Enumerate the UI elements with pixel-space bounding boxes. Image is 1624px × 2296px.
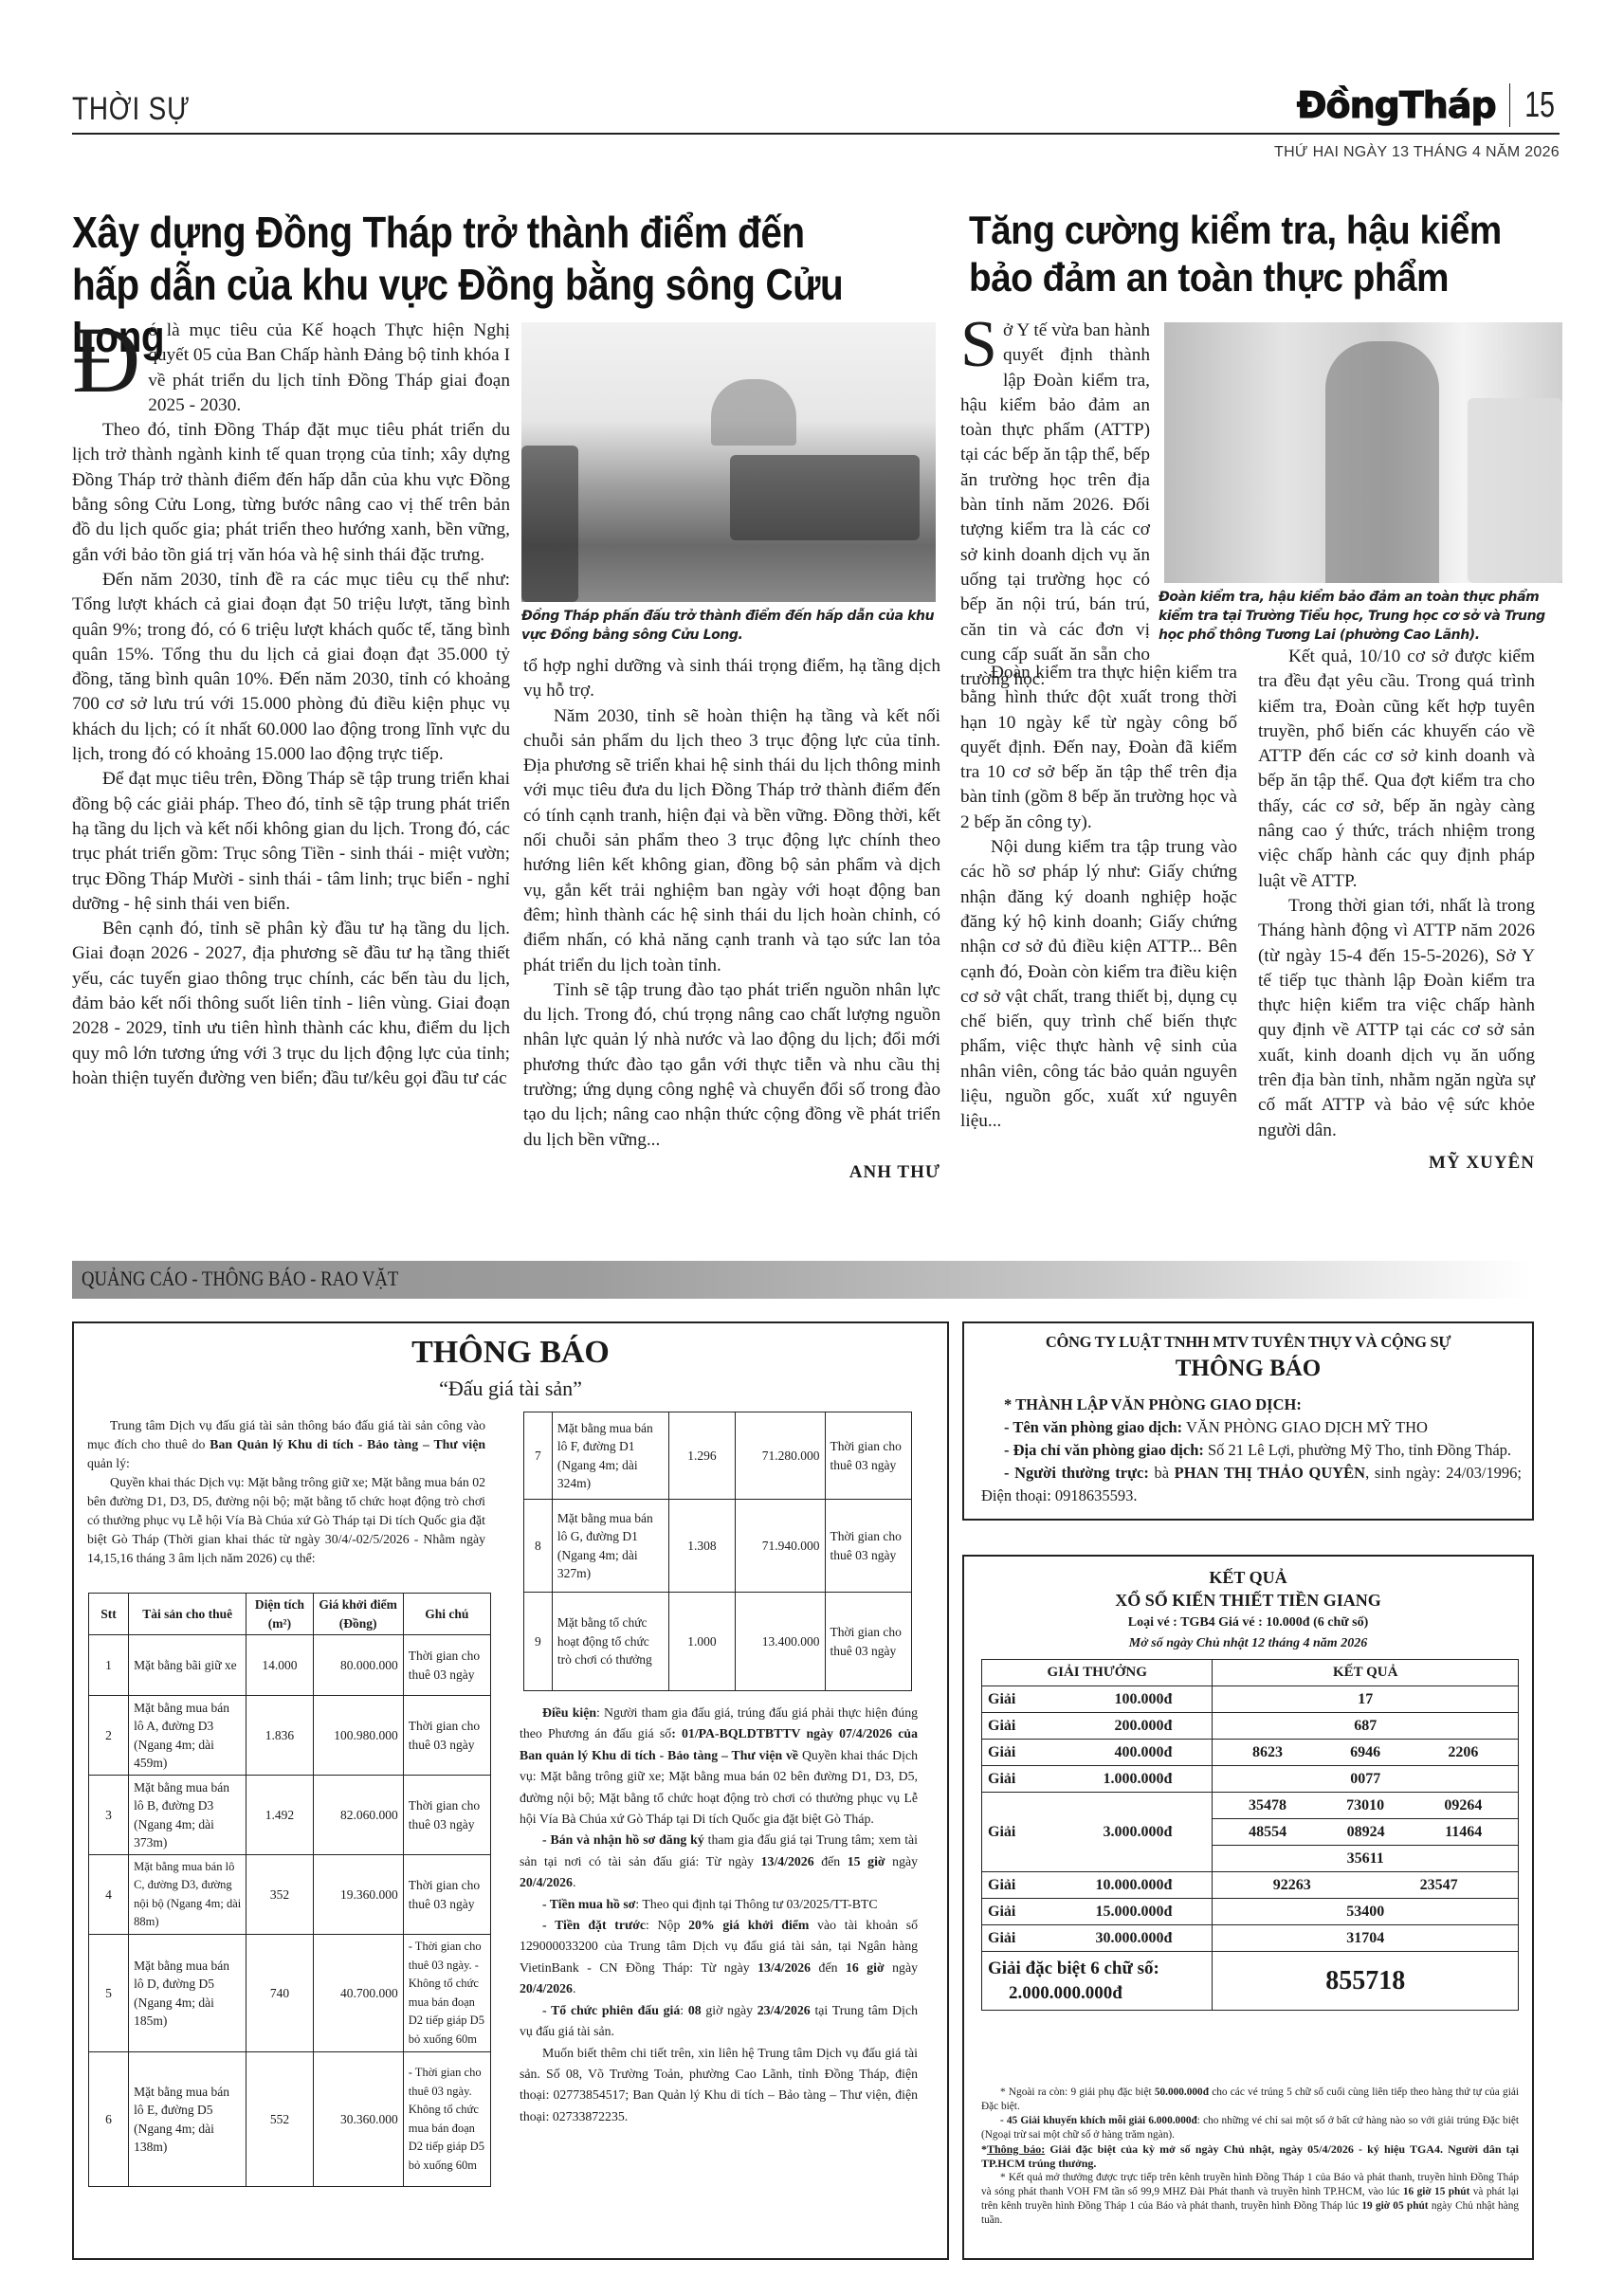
asset-table-header: Stt Tài sản cho thuê Diện tích (m²) Giá … <box>89 1594 491 1635</box>
issue-date: THỨ HAI NGÀY 13 THÁNG 4 NĂM 2026 <box>1274 144 1560 161</box>
article-right-column-1: Sở Y tế vừa ban hành quyết định thành lậ… <box>960 319 1150 692</box>
prize-row: Giải100.000đ 17 <box>982 1686 1519 1713</box>
auction-intro-paragraph: Quyền khai thác Dịch vụ: Mặt bằng trông … <box>87 1473 485 1568</box>
article-paragraph: Đó là mục tiêu của Kế hoạch Thực hiện Ng… <box>72 319 510 418</box>
lottery-note: * Ngoài ra còn: 9 giải phụ đặc biệt 50.0… <box>981 2086 1519 2114</box>
auction-conditions: Điều kiện: Người tham gia đấu giá, trúng… <box>520 1703 918 2127</box>
author-byline: ANH THƯ <box>523 1160 940 1185</box>
page-number: 15 <box>1524 85 1555 126</box>
article-paragraph: Đoàn kiểm tra thực hiện kiểm tra bằng hì… <box>960 661 1237 835</box>
prize-row: Giải10.000.000đ 9226323547 <box>982 1872 1519 1899</box>
table-row: 9Mặt bằng tổ chức hoạt động tổ chức trò … <box>524 1593 912 1691</box>
lottery-announcement: *Thông báo: Giải đặc biệt của kỳ mở số n… <box>981 2142 1519 2171</box>
office-address: - Địa chỉ văn phòng giao dịch: Số 21 Lê … <box>981 1439 1522 1462</box>
article-paragraph: Đến năm 2030, tỉnh đề ra các mục tiêu cụ… <box>72 568 510 767</box>
section-label: THỜI SỰ <box>72 91 191 128</box>
lottery-note: * Kết quả mở thưởng được trực tiếp trên … <box>981 2171 1519 2228</box>
article-right-headline: Tăng cường kiểm tra, hậu kiểm bảo đảm an… <box>969 207 1544 302</box>
lottery-notes: * Ngoài ra còn: 9 giải phụ đặc biệt 50.0… <box>981 2086 1519 2228</box>
law-heading: * THÀNH LẬP VĂN PHÒNG GIAO DỊCH: <box>981 1394 1522 1416</box>
article-left-column-1: Đó là mục tiêu của Kế hoạch Thực hiện Ng… <box>72 319 510 1091</box>
photo-caption-right: Đoàn kiểm tra, hậu kiểm bảo đảm an toàn … <box>1159 588 1566 645</box>
publication-logo: ĐồngTháp <box>1297 84 1496 126</box>
conditions-paragraph: Điều kiện: Người tham gia đấu giá, trúng… <box>520 1703 918 1830</box>
lottery-note: - 45 Giải khuyến khích mỗi giải 6.000.00… <box>981 2114 1519 2142</box>
asset-table-part-2: 7Mặt bằng mua bán lô F, đường D1 (Ngang … <box>523 1412 912 1691</box>
masthead: ĐồngTháp 15 <box>1297 83 1560 127</box>
article-paragraph: Năm 2030, tỉnh sẽ hoàn thiện hạ tầng và … <box>523 704 940 978</box>
photo-staff <box>1468 398 1562 583</box>
tourism-photo <box>521 322 936 602</box>
masthead-divider <box>1509 83 1510 127</box>
asset-table-part-1: Stt Tài sản cho thuê Diện tích (m²) Giá … <box>88 1593 491 2187</box>
author-byline: MỸ XUYÊN <box>1258 1151 1535 1175</box>
lottery-results: KẾT QUẢ XỔ SỐ KIẾN THIẾT TIỀN GIANG Loại… <box>962 1555 1534 2260</box>
newspaper-page: THỜI SỰ ĐồngTháp 15 THỨ HAI NGÀY 13 THÁN… <box>0 0 1624 2296</box>
dropcap: Đ <box>72 322 140 398</box>
photo-crowd <box>730 455 920 540</box>
table-row: 4Mặt bằng mua bán lô C, đường D3, đường … <box>89 1855 491 1935</box>
office-person: - Người thường trực: bà PHAN THỊ THẢO QU… <box>981 1462 1522 1507</box>
dropcap: S <box>960 320 997 370</box>
contact-paragraph: Muốn biết thêm chi tiết trên, xin liên h… <box>520 2043 918 2128</box>
prize-row: Giải15.000.000đ 53400 <box>982 1899 1519 1925</box>
lottery-title: KẾT QUẢ <box>964 1568 1532 1588</box>
article-right-column-3: Kết quả, 10/10 cơ sở được kiểm tra đều đ… <box>1258 645 1535 1175</box>
lottery-header: GIẢI THƯỞNG KẾT QUẢ <box>982 1660 1519 1686</box>
table-row: 6Mặt bằng mua bán lô E, đường D5 (Ngang … <box>89 2052 491 2187</box>
auction-notice: THÔNG BÁO “Đấu giá tài sản” Trung tâm Dị… <box>72 1321 949 2260</box>
table-row: 2Mặt bằng mua bán lô A, đường D3 (Ngang … <box>89 1696 491 1776</box>
article-paragraph: Tỉnh sẽ tập trung đào tạo phát triển ngu… <box>523 978 940 1153</box>
photo-boat <box>521 446 578 602</box>
photo-building <box>711 379 796 446</box>
prize-row: Giải1.000.000đ 0077 <box>982 1766 1519 1793</box>
article-paragraph: Theo đó, tỉnh Đồng Tháp đặt mục tiêu phá… <box>72 418 510 568</box>
fee-paragraph: - Tiền mua hồ sơ: Theo qui định tại Thôn… <box>520 1894 918 1915</box>
classifieds-section-bar: QUẢNG CÁO - THÔNG BÁO - RAO VẶT <box>72 1261 1532 1299</box>
header-rule <box>72 133 1560 135</box>
lottery-ticket-info: Loại vé : TGB4 Giá vé : 10.000đ (6 chữ s… <box>964 1615 1532 1631</box>
article-paragraph: Nội dung kiểm tra tập trung vào các hồ s… <box>960 835 1237 1135</box>
article-paragraph: Sở Y tế vừa ban hành quyết định thành lậ… <box>960 319 1150 692</box>
law-notice-title: THÔNG BÁO <box>964 1356 1532 1382</box>
prize-row: Giải3.000.000đ 354787301009264 <box>982 1793 1519 1819</box>
prize-row: Giải200.000đ 687 <box>982 1713 1519 1740</box>
lottery-draw-date: Mở số ngày Chủ nhật 12 tháng 4 năm 2026 <box>964 1636 1532 1651</box>
lottery-subtitle: XỔ SỐ KIẾN THIẾT TIỀN GIANG <box>964 1591 1532 1611</box>
prize-row: Giải30.000.000đ 31704 <box>982 1925 1519 1952</box>
table-row: 5Mặt bằng mua bán lô D, đường D5 (Ngang … <box>89 1935 491 2052</box>
special-prize-row: Giải đặc biệt 6 chữ số:2.000.000.000đ 85… <box>982 1952 1519 2011</box>
article-left-column-2: tổ hợp nghỉ dưỡng và sinh thái trọng điể… <box>523 654 940 1185</box>
article-right-column-2: Đoàn kiểm tra thực hiện kiểm tra bằng hì… <box>960 661 1237 1135</box>
table-row: 1Mặt bằng bãi giữ xe14.00080.000.000Thời… <box>89 1635 491 1696</box>
deposit-paragraph: - Tiền đặt trước: Nộp 20% giá khởi điểm … <box>520 1915 918 2000</box>
law-notice-body: * THÀNH LẬP VĂN PHÒNG GIAO DỊCH: - Tên v… <box>981 1394 1522 1507</box>
auction-title: THÔNG BÁO <box>74 1335 947 1371</box>
auction-subtitle: “Đấu giá tài sản” <box>74 1376 947 1401</box>
photo-inspector <box>1325 341 1439 583</box>
lottery-table: GIẢI THƯỞNG KẾT QUẢ Giải100.000đ 17 Giải… <box>981 1659 1519 2011</box>
law-firm-notice: CÔNG TY LUẬT TNHH MTV TUYÊN THỤY VÀ CỘNG… <box>962 1321 1534 1521</box>
table-row: 8Mặt bằng mua bán lô G, đường D1 (Ngang … <box>524 1500 912 1593</box>
article-paragraph: Để đạt mục tiêu trên, Đồng Tháp sẽ tập t… <box>72 767 510 917</box>
article-paragraph: tổ hợp nghỉ dưỡng và sinh thái trọng điể… <box>523 654 940 704</box>
food-safety-photo <box>1164 322 1562 583</box>
article-paragraph: Trong thời gian tới, nhất là trong Tháng… <box>1258 894 1535 1143</box>
session-paragraph: - Tổ chức phiên đấu giá: 08 giờ ngày 23/… <box>520 2000 918 2043</box>
table-row: 7Mặt bằng mua bán lô F, đường D1 (Ngang … <box>524 1412 912 1500</box>
registration-paragraph: - Bán và nhận hồ sơ đăng ký tham gia đấu… <box>520 1830 918 1893</box>
special-prize-number: 855718 <box>1213 1952 1519 2011</box>
prize-row: Giải400.000đ 862369462206 <box>982 1740 1519 1766</box>
auction-intro-paragraph: Trung tâm Dịch vụ đấu giá tài sản thông … <box>87 1416 485 1473</box>
photo-caption-left: Đồng Tháp phấn đấu trở thành điểm đến hấ… <box>521 607 939 645</box>
article-paragraph: Kết quả, 10/10 cơ sở được kiểm tra đều đ… <box>1258 645 1535 894</box>
classifieds-section-title: QUẢNG CÁO - THÔNG BÁO - RAO VẶT <box>82 1266 398 1291</box>
article-paragraph: Bên cạnh đó, tỉnh sẽ phân kỳ đầu tư hạ t… <box>72 917 510 1091</box>
auction-intro: Trung tâm Dịch vụ đấu giá tài sản thông … <box>87 1416 485 1568</box>
office-name: - Tên văn phòng giao dịch: VĂN PHÒNG GIA… <box>981 1416 1522 1439</box>
table-row: 3Mặt bằng mua bán lô B, đường D3 (Ngang … <box>89 1776 491 1855</box>
law-firm-name: CÔNG TY LUẬT TNHH MTV TUYÊN THỤY VÀ CỘNG… <box>964 1333 1532 1352</box>
